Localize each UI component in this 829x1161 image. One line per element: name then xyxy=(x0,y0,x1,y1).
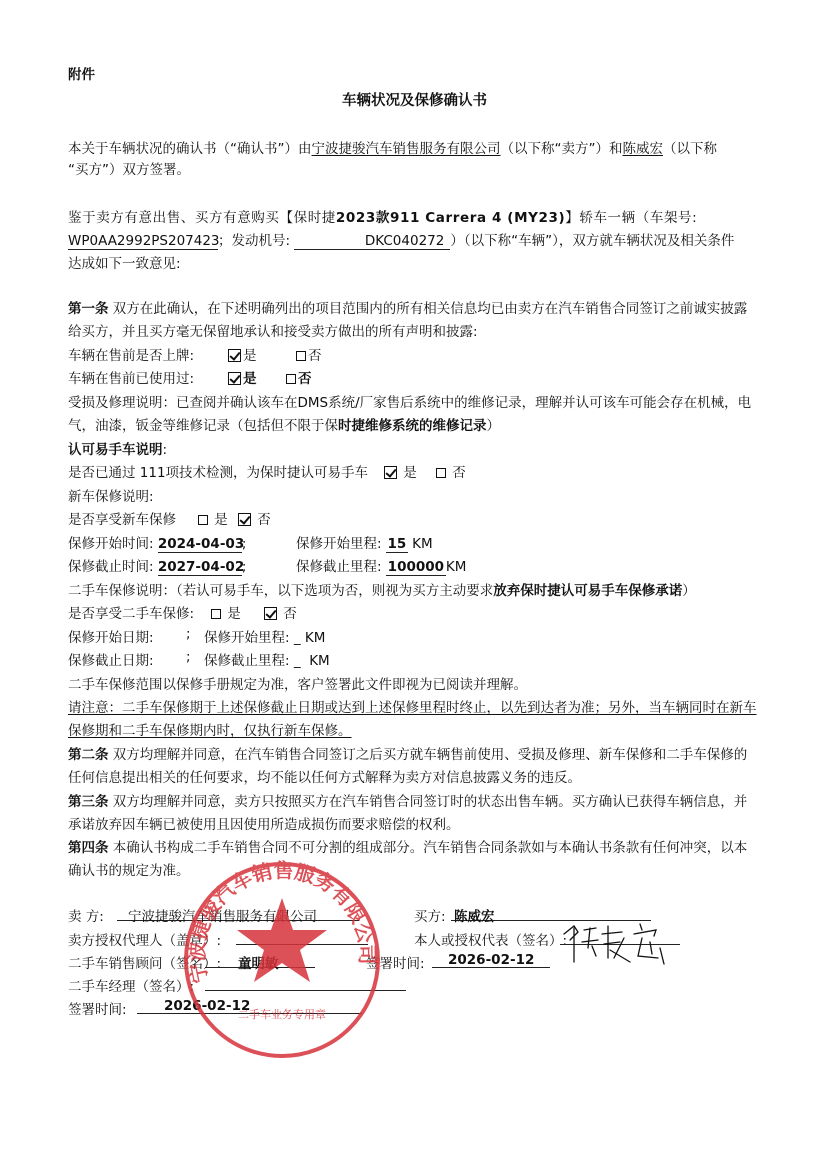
vehicle-line-1: 鉴于卖方有意出售、买方有意购买【保时捷2023款911 Carrera 4 (M… xyxy=(68,206,697,226)
warranty-start-date: 2024-04-03 xyxy=(158,536,242,553)
engine-number-field: DKC040272 xyxy=(294,233,450,250)
advisor-label: 二手车销售顾问（签名）: xyxy=(68,952,221,972)
article-3-line-1: 第三条 双方均理解并同意，卖方只按照买方在汽车销售合同签订时的状态出售车辆。买方… xyxy=(68,790,747,810)
new-warranty-row: 是否享受新车保修 是 否 xyxy=(68,508,176,528)
seller-agent-line[interactable] xyxy=(236,944,368,945)
manager-signature-line[interactable] xyxy=(205,990,406,991)
used-yes-checkbox[interactable] xyxy=(228,372,241,385)
used-no-checkbox[interactable] xyxy=(286,374,296,384)
inspection-yes-checkbox[interactable] xyxy=(384,466,397,479)
article-3-line-2: 承诺放弃因车辆已被使用且因使用所造成损伤而要求赔偿的权利。 xyxy=(68,813,460,833)
article-2-line-2: 任何信息提出相关的任何要求，均不能以任何方式解释为卖方对信息披露义务的违反。 xyxy=(68,766,581,786)
approved-heading: 认可易手车说明: xyxy=(68,438,167,458)
used-warranty-no-checkbox[interactable] xyxy=(264,607,277,620)
warranty-start-km: 15 xyxy=(386,536,408,553)
article-4-line-1: 第四条 本确认书构成二手车销售合同不可分割的组成部分。汽车销售合同条款如与本确认… xyxy=(68,836,747,856)
used-end-row: 保修截止日期:; 保修截止里程: _ KM xyxy=(68,649,154,669)
plated-no-checkbox[interactable] xyxy=(296,351,306,361)
buyer-signature-line[interactable] xyxy=(560,944,680,945)
used-warranty-title: 二手车保修说明：（若认可易手车，以下选项为否，则视为买方主动要求放弃保时捷认可易… xyxy=(68,579,696,599)
seller-company-name: 宁波捷骏汽车销售服务有限公司 xyxy=(128,905,317,925)
buyer-label: 买方: xyxy=(414,905,446,925)
advisor-sign-date: 2026-02-12 xyxy=(448,952,534,968)
new-warranty-no-checkbox[interactable] xyxy=(238,513,251,526)
plated-row: 车辆在售前是否上牌: 是 否 xyxy=(68,344,194,364)
notice-line-2: 保修期和二手车保修期内时，仅执行新车保修。 xyxy=(68,719,352,739)
inspection-row: 是否已通过 111项技术检测，为保时捷认可易手车 是 否 xyxy=(68,461,368,481)
vehicle-model: 2023款911 Carrera 4 (MY23) xyxy=(336,210,565,226)
warranty-end-km: 100000 xyxy=(386,559,446,576)
sign-time-label: 签署时间: xyxy=(68,998,127,1018)
seller-name: 宁波捷骏汽车销售服务有限公司 xyxy=(312,141,501,157)
seller-label: 卖 方: xyxy=(68,905,104,925)
svg-text:二手车业务专用章: 二手车业务专用章 xyxy=(238,1007,326,1021)
vin-field: WP0AA2992PS207423 xyxy=(68,233,218,250)
article-1-line-1: 第一条 双方在此确认，在下述明确列出的项目范围内的所有相关信息均已由卖方在汽车销… xyxy=(68,297,747,317)
damage-line-2: 气，油漆，钣金等维修记录（包括但不限于保时捷维修系统的维修记录） xyxy=(68,414,500,434)
article-1-line-2: 给买方，并且买方毫无保留地承认和接受卖方做出的所有声明和披露: xyxy=(68,320,478,340)
vehicle-line-3: 达成如下一致意见: xyxy=(68,252,181,272)
intro-line-2: “买方”）双方签署。 xyxy=(68,158,190,178)
inspection-no-checkbox[interactable] xyxy=(436,468,446,478)
vehicle-line-2: WP0AA2992PS207423；发动机号: DKC040272）（以下称“车… xyxy=(68,229,734,250)
article-2-line-1: 第二条 双方均理解并同意，在汽车销售合同签订之后买方就车辆售前使用、受损及修理、… xyxy=(68,743,747,763)
plated-yes-checkbox[interactable] xyxy=(228,349,241,362)
new-warranty-yes-checkbox[interactable] xyxy=(198,515,208,525)
warranty-start-row: 保修开始时间: 2024-04-03; 保修开始里程: 15 KM xyxy=(68,532,246,553)
article-4-line-2: 确认书的规定为准。 xyxy=(68,859,190,879)
document-title: 车辆状况及保修确认书 xyxy=(0,89,829,110)
used-warranty-row: 是否享受二手车保修: 是 否 xyxy=(68,602,194,622)
manager-label: 二手车经理（签名）: xyxy=(68,975,194,995)
used-row: 车辆在售前已使用过: 是 否 xyxy=(68,367,194,387)
advisor-time-label: 签署时间: xyxy=(366,952,425,972)
handwritten-signature xyxy=(560,918,680,968)
used-start-row: 保修开始日期:; 保修开始里程: _ KM xyxy=(68,626,154,646)
buyer-name: 陈威宏 xyxy=(623,141,664,157)
warranty-end-row: 保修截止时间: 2027-04-02; 保修截止里程: 100000KM xyxy=(68,555,246,576)
advisor-name: 童明敏 xyxy=(238,952,279,972)
used-warranty-scope: 二手车保修范围以保修手册规定为准，客户签署此文件即视为已阅读并理解。 xyxy=(68,673,527,693)
intro-paragraph: 本关于车辆状况的确认书（“确认书”）由宁波捷骏汽车销售服务有限公司（以下称“卖方… xyxy=(68,137,717,157)
sign-date: 2026-02-12 xyxy=(164,998,250,1014)
buyer-sign-name: 陈威宏 xyxy=(454,905,495,925)
used-warranty-yes-checkbox[interactable] xyxy=(211,609,221,619)
seller-agent-label: 卖方授权代理人（盖章）: xyxy=(68,929,221,949)
notice-line-1: 请注意：二手车保修期于上述保修截止日期或达到上述保修里程时终止，以先到达者为准；… xyxy=(68,696,757,716)
warranty-end-date: 2027-04-02 xyxy=(158,559,242,576)
attachment-label: 附件 xyxy=(68,63,95,83)
buyer-rep-label: 本人或授权代表（签名）: xyxy=(414,929,567,949)
damage-line-1: 受损及修理说明：已查阅并确认该车在DMS系统/厂家售后系统中的维修记录，理解并认… xyxy=(68,391,751,411)
new-warranty-title: 新车保修说明: xyxy=(68,485,154,505)
